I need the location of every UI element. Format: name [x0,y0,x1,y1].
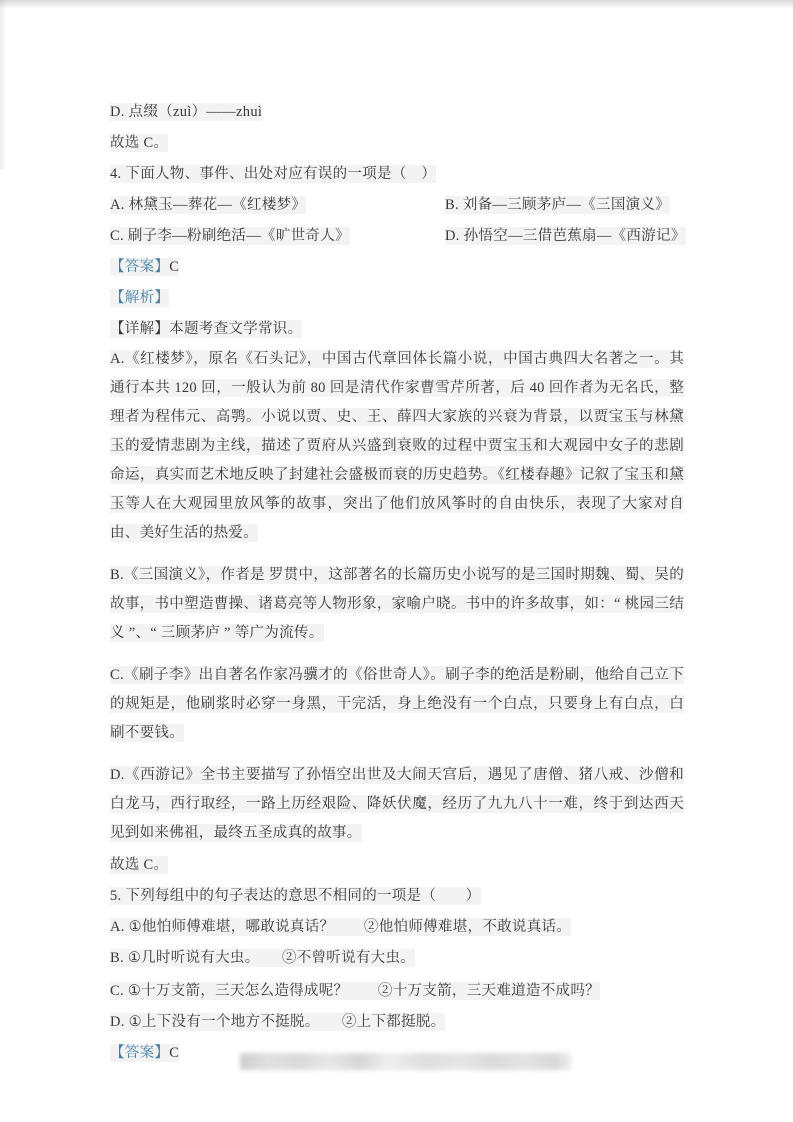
q4-options-row-1: A. 林黛玉—葬花—《红楼梦》 B. 刘备—三顾茅庐—《三国演义》 [110,190,684,221]
q4-option-b-text: B. 刘备—三顾茅庐—《三国演义》 [445,196,670,214]
q4-option-c: C. 刷子李—粉刷绝活—《旷世奇人》 [110,221,445,252]
q4-analysis-label: 【解析】 [110,289,169,307]
q5-answer-label: 【答案】 [110,1044,169,1062]
q4-explanation-b-text: B.《三国演义》，作者是 罗贯中，这部著名的长篇历史小说写的是三国时期魏、蜀、吴… [110,566,684,642]
q5-option-b-text: B. ①几时听说有大虫。 ②不曾听说有大虫。 [110,949,415,967]
q5-stem: 5. 下列每组中的句子表达的意思不相同的一项是（ ） [110,881,684,912]
q4-explanation-d: D.《西游记》全书主要描写了孙悟空出世及大闹天宫后，遇见了唐僧、猪八戒、沙僧和白… [110,761,684,848]
q4-stem-text: 4. 下面人物、事件、出处对应有误的一项是（ ） [110,165,436,183]
q4-explanation-b: B.《三国演义》，作者是 罗贯中，这部著名的长篇历史小说写的是三国时期魏、蜀、吴… [110,561,684,648]
q3-option-d: D. 点缀（zuì）——zhuì [110,97,684,128]
q4-explanation-c: C.《刷子李》出自著名作家冯骥才的《俗世奇人》。刷子李的绝活是粉刷，他给自己立下… [110,661,684,748]
q4-option-d-text: D. 孙悟空—三借芭蕉扇—《西游记》 [445,227,686,245]
q4-conclusion: 故选 C。 [110,850,684,881]
q4-explanation-a-text: A.《红楼梦》，原名《石头记》，中国古代章回体长篇小说，中国古典四大名著之一。其… [110,350,684,542]
q4-answer-value: C [169,258,179,276]
document-content: D. 点缀（zuì）——zhuì 故选 C。 4. 下面人物、事件、出处对应有误… [110,97,684,1069]
q5-option-c: C. ①十万支箭，三天怎么造得成呢？ ②十万支箭，三天难道造不成吗？ [110,976,684,1007]
q4-analysis-row: 【解析】 [110,283,684,314]
q4-answer-label: 【答案】 [110,258,169,276]
q5-option-d: D. ①上下没有一个地方不挺脱。 ②上下都挺脱。 [110,1007,684,1038]
q4-detail-heading-text: 【详解】本题考查文学常识。 [110,320,302,338]
q5-answer-value: C [169,1044,179,1062]
q4-options-row-2: C. 刷子李—粉刷绝活—《旷世奇人》 D. 孙悟空—三借芭蕉扇—《西游记》 [110,221,684,252]
q4-option-a-text: A. 林黛玉—葬花—《红楼梦》 [110,196,306,214]
q3-option-d-text: D. 点缀（zuì）——zhuì [110,103,262,121]
q4-explanation-a: A.《红楼梦》，原名《石头记》，中国古代章回体长篇小说，中国古典四大名著之一。其… [110,345,684,548]
document-page: D. 点缀（zuì）——zhuì 故选 C。 4. 下面人物、事件、出处对应有误… [0,0,793,1122]
q5-option-b: B. ①几时听说有大虫。 ②不曾听说有大虫。 [110,943,684,974]
q5-option-a-text: A. ①他怕师傅难堪，哪敢说真话？ ②他怕师傅难堪，不敢说真话。 [110,918,571,936]
q4-detail-heading: 【详解】本题考查文学常识。 [110,314,684,345]
q4-conclusion-text: 故选 C。 [110,856,168,874]
q5-option-d-text: D. ①上下没有一个地方不挺脱。 ②上下都挺脱。 [110,1013,445,1031]
watermark-smudge [240,1053,572,1070]
q3-conclusion: 故选 C。 [110,128,684,159]
q5-option-a: A. ①他怕师傅难堪，哪敢说真话？ ②他怕师傅难堪，不敢说真话。 [110,912,684,943]
q4-option-a: A. 林黛玉—葬花—《红楼梦》 [110,190,445,221]
q3-conclusion-text: 故选 C。 [110,134,168,152]
q4-answer-row: 【答案】C [110,252,684,283]
q4-explanation-c-text: C.《刷子李》出自著名作家冯骥才的《俗世奇人》。刷子李的绝活是粉刷，他给自己立下… [110,666,684,742]
q4-option-d: D. 孙悟空—三借芭蕉扇—《西游记》 [445,221,684,252]
q4-option-c-text: C. 刷子李—粉刷绝活—《旷世奇人》 [110,227,350,245]
q4-option-b: B. 刘备—三顾茅庐—《三国演义》 [445,190,684,221]
q5-stem-text: 5. 下列每组中的句子表达的意思不相同的一项是（ ） [110,887,481,905]
q4-explanation-d-text: D.《西游记》全书主要描写了孙悟空出世及大闹天宫后，遇见了唐僧、猪八戒、沙僧和白… [110,766,684,842]
q5-option-c-text: C. ①十万支箭，三天怎么造得成呢？ ②十万支箭，三天难道造不成吗？ [110,982,600,1000]
q4-stem: 4. 下面人物、事件、出处对应有误的一项是（ ） [110,159,684,190]
